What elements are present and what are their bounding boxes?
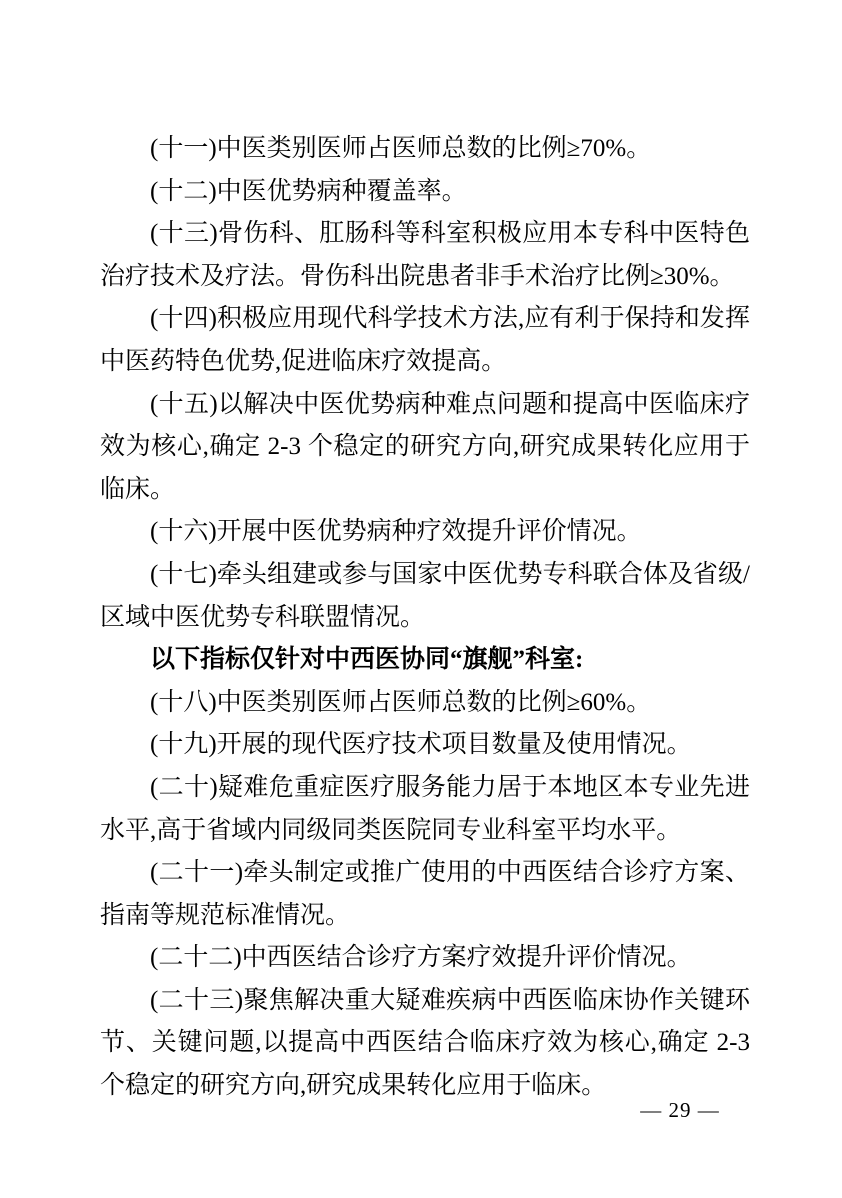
document-page: (十一)中医类别医师占医师总数的比例≥70%。 (十二)中医优势病种覆盖率。 (… [0, 0, 842, 1198]
paragraph-item-13: (十三)骨伤科、肛肠科等科室积极应用本专科中医特色治疗技术及疗法。骨伤科出院患者… [100, 213, 750, 298]
paragraph-item-19: (十九)开展的现代医疗技术项目数量及使用情况。 [100, 724, 750, 767]
paragraph-item-22: (二十二)中西医结合诊疗方案疗效提升评价情况。 [100, 937, 750, 980]
section-heading-flagship: 以下指标仅针对中西医协同“旗舰”科室: [100, 639, 750, 682]
paragraph-item-21: (二十一)牵头制定或推广使用的中西医结合诊疗方案、指南等规范标准情况。 [100, 852, 750, 937]
page-number: — 29 — [600, 1097, 760, 1123]
paragraph-item-11: (十一)中医类别医师占医师总数的比例≥70%。 [100, 128, 750, 171]
paragraph-item-14: (十四)积极应用现代科学技术方法,应有利于保持和发挥中医药特色优势,促进临床疗效… [100, 298, 750, 383]
paragraph-item-16: (十六)开展中医优势病种疗效提升评价情况。 [100, 511, 750, 554]
paragraph-item-20: (二十)疑难危重症医疗服务能力居于本地区本专业先进水平,高于省域内同级同类医院同… [100, 767, 750, 852]
paragraph-item-23: (二十三)聚焦解决重大疑难疾病中西医临床协作关键环节、关键问题,以提高中西医结合… [100, 980, 750, 1108]
paragraph-item-12: (十二)中医优势病种覆盖率。 [100, 171, 750, 214]
paragraph-item-17: (十七)牵头组建或参与国家中医优势专科联合体及省级/区域中医优势专科联盟情况。 [100, 554, 750, 639]
document-body: (十一)中医类别医师占医师总数的比例≥70%。 (十二)中医优势病种覆盖率。 (… [100, 128, 750, 1108]
paragraph-item-15: (十五)以解决中医优势病种难点问题和提高中医临床疗效为核心,确定 2-3 个稳定… [100, 384, 750, 512]
paragraph-item-18: (十八)中医类别医师占医师总数的比例≥60%。 [100, 682, 750, 725]
